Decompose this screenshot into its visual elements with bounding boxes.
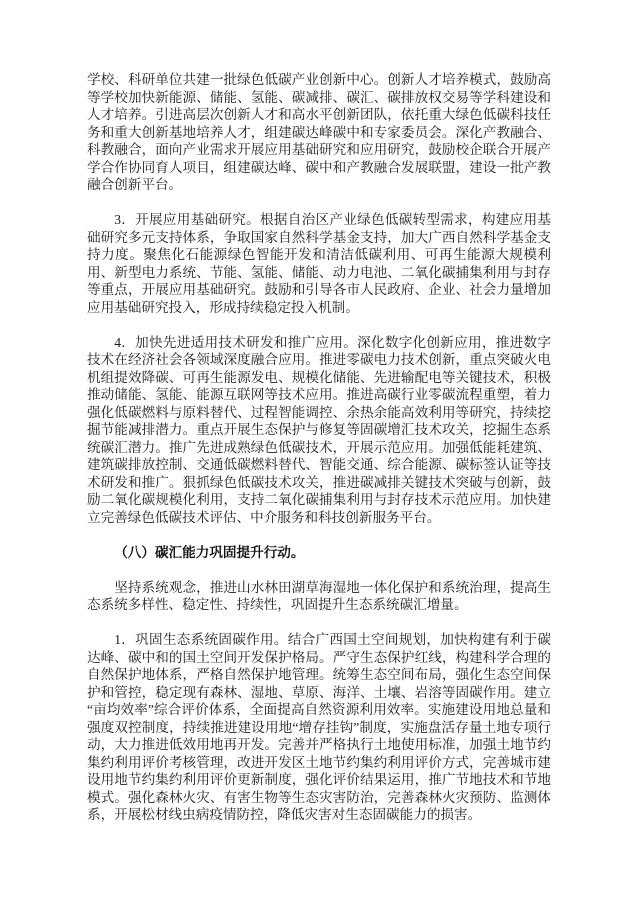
paragraph-4-advanced-technology-rd: 4．加快先进适用技术研发和推广应用。深化数字化创新应用，推进数字技术在经济社会各…: [87, 334, 551, 527]
paragraph-system-concept-intro: 坚持系统观念，推进山水林田湖草海湿地一体化保护和系统治理，提高生态系统多样性、稳…: [87, 579, 551, 614]
paragraph-3-applied-basic-research: 3．开展应用基础研究。根据自治区产业绿色低碳转型需求，构建应用基础研究多元支持体…: [87, 211, 551, 316]
paragraph-innovation-centers-talent: 学校、科研单位共建一批绿色低碳产业创新中心。创新人才培养模式，鼓励高等学校加快新…: [87, 71, 551, 194]
section-heading-carbon-sink-action: （八）碳汇能力巩固提升行动。: [87, 544, 551, 562]
paragraph-1-consolidate-ecosystem-carbon: 1．巩固生态系统固碳作用。结合广西国土空间规划，加快构建有利于碳达峰、碳中和的国…: [87, 631, 551, 824]
document-page: 学校、科研单位共建一批绿色低碳产业创新中心。创新人才培养模式，鼓励高等学校加快新…: [0, 0, 640, 905]
